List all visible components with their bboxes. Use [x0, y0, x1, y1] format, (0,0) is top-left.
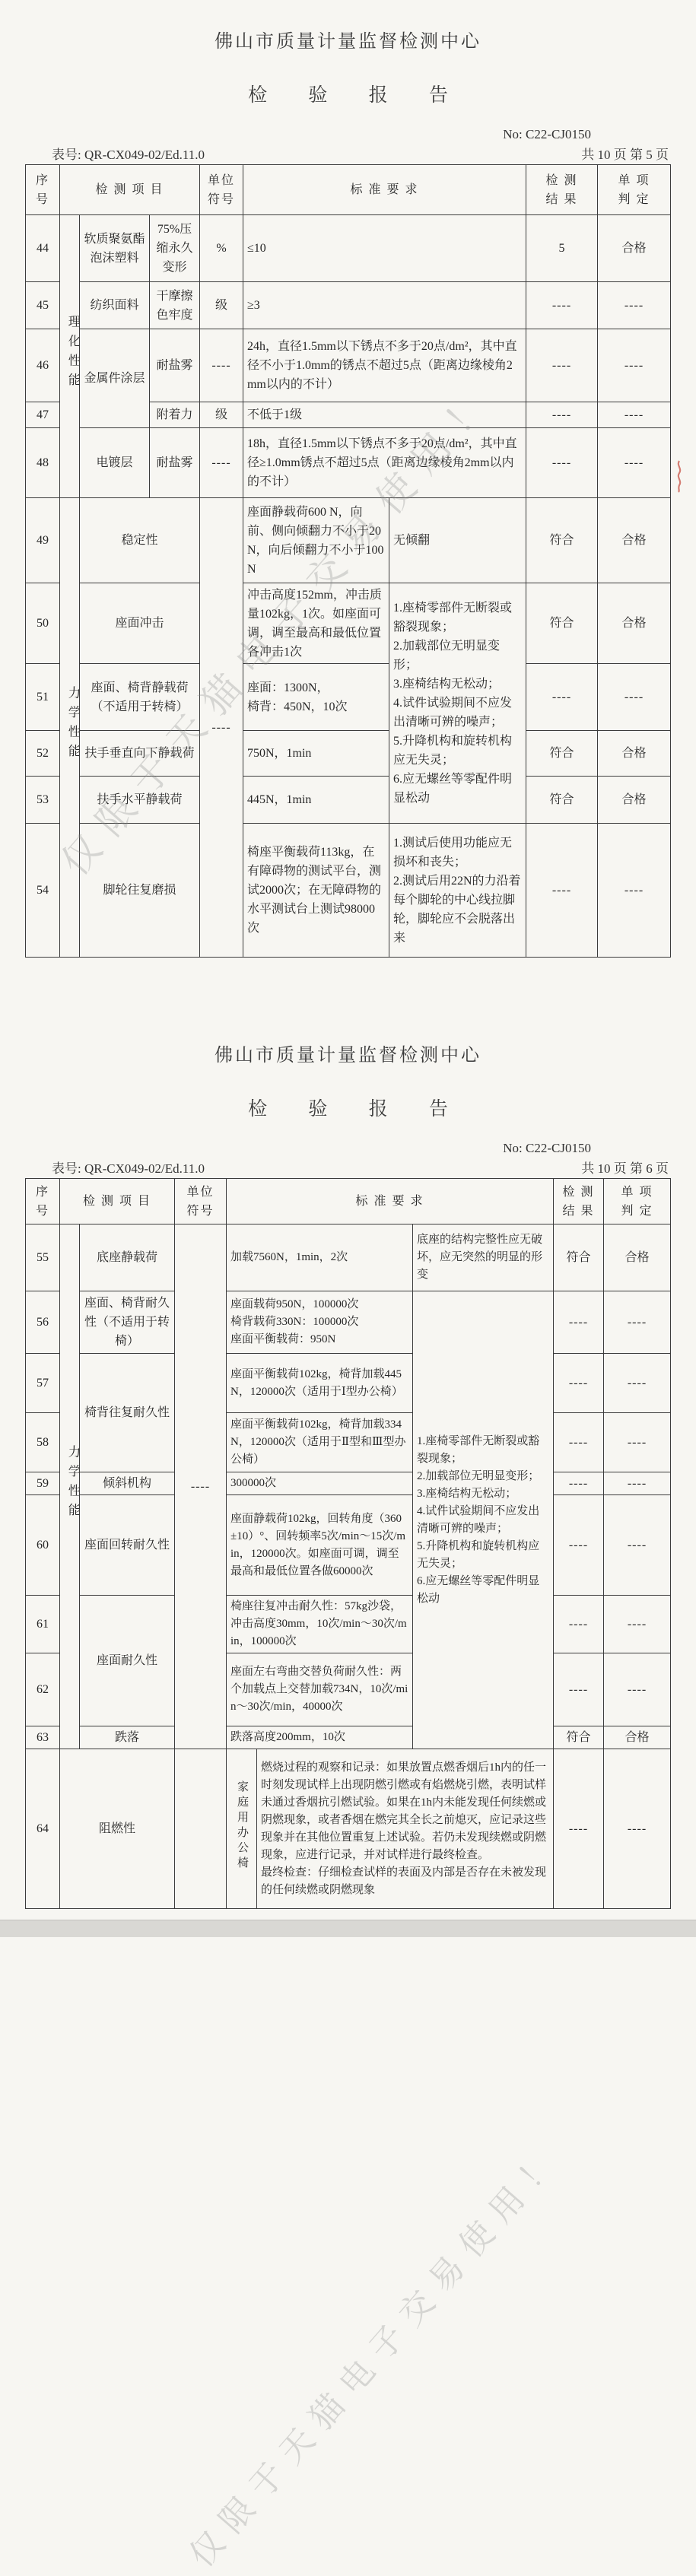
requirement-cell: 燃烧过程的观察和记录：如果放置点燃香烟后1h内的任一时刻发现试样上出现阴燃引燃或… [257, 1749, 554, 1909]
inspection-table-p5: 序 号 检 测 项 目 单位 符号 标 准 要 求 检 测 结 果 单 项 判 … [25, 164, 671, 958]
red-pen-mark [674, 459, 685, 493]
item-property: 耐盐雾 [149, 329, 199, 402]
verdict-cell: 合格 [604, 1726, 671, 1749]
result-cell: ---- [554, 1596, 604, 1653]
table-row: 59 倾斜机构 300000次 ---- ---- [25, 1472, 670, 1495]
item-label: 座面冲击 [79, 583, 199, 664]
result-cell: ---- [554, 1354, 604, 1413]
item-property: 75%压缩永久变形 [149, 215, 199, 282]
requirement-left: 椅座往复冲击耐久性：57kg沙袋，冲击高度30mm，10次/min～30次/mi… [227, 1596, 413, 1653]
verdict-cell: ---- [604, 1472, 671, 1495]
table-row: 61 座面耐久性 椅座往复冲击耐久性：57kg沙袋，冲击高度30mm，10次/m… [25, 1596, 670, 1653]
verdict-cell: ---- [604, 1749, 671, 1909]
unit-cell: % [199, 215, 243, 282]
verdict-cell: 合格 [598, 731, 671, 777]
requirement-cell: 24h，直径1.5mm以下锈点不多于20点/dm²，其中直径不小于1.0mm的锈… [243, 329, 526, 402]
meta-line: 表号: QR-CX049-02/Ed.11.0 共 10 页 第 6 页 [0, 1156, 696, 1178]
requirement-left: 座面平衡载荷102kg，椅背加载334N，120000次（适用于Ⅱ型和Ⅲ型办公椅… [227, 1413, 413, 1472]
table-row: 51 座面、椅背静载荷（不适用于转椅） 座面：1300N， 椅背：450N，10… [25, 664, 670, 731]
row-no: 61 [25, 1596, 59, 1653]
result-cell: ---- [554, 1749, 604, 1909]
unit-cell-merged: ---- [175, 1224, 227, 1749]
col-verdict: 单 项 判 定 [604, 1179, 671, 1224]
org-title: 佛山市质量计量监督检测中心 [0, 1040, 696, 1066]
table-row: 46 金属件涂层 耐盐雾 ---- 24h，直径1.5mm以下锈点不多于20点/… [25, 329, 670, 402]
row-no: 47 [25, 402, 59, 428]
verdict-cell: ---- [604, 1291, 671, 1354]
item-label: 扶手水平静载荷 [79, 777, 199, 824]
pagination-p5: 共 10 页 第 5 页 [581, 144, 669, 163]
table-row: 48 电镀层 耐盐雾 ---- 18h，直径1.5mm以下锈点不多于20点/dm… [25, 428, 670, 498]
table-row: 52 扶手垂直向下静载荷 750N，1min 符合 合格 [25, 731, 670, 777]
unit-cell: 级 [199, 282, 243, 329]
group-mechanical: 力学性能 [59, 1224, 79, 1749]
row-no: 64 [25, 1749, 59, 1909]
report-no: No: C22-CJ0150 [0, 1141, 696, 1156]
item-label: 座面、椅背耐久性（不适用于转椅） [79, 1291, 174, 1354]
result-cell: 符合 [526, 498, 598, 583]
col-result: 检 测 结 果 [554, 1179, 604, 1224]
table-row: 57 椅背往复耐久性 座面平衡载荷102kg，椅背加载445N，120000次（… [25, 1354, 670, 1413]
result-cell: ---- [554, 1653, 604, 1726]
requirement-left: 加载7560N，1min，2次 [227, 1224, 413, 1291]
form-no: 表号: QR-CX049-02/Ed.11.0 [52, 144, 205, 163]
verdict-cell: 合格 [598, 777, 671, 824]
item-label: 稳定性 [79, 498, 199, 583]
item-label: 倾斜机构 [79, 1472, 174, 1495]
col-seq: 序 号 [25, 1179, 59, 1224]
result-cell: ---- [554, 1495, 604, 1596]
row-no: 52 [25, 731, 59, 777]
report-title: 检 验 报 告 [0, 80, 696, 107]
item-label: 座面耐久性 [79, 1596, 174, 1726]
requirement-left: 座面：1300N， 椅背：450N，10次 [243, 664, 389, 731]
table-header-row: 序 号 检 测 项 目 单位 符号 标 准 要 求 检 测 结 果 单 项 判 … [25, 165, 670, 215]
col-item: 检 测 项 目 [59, 165, 199, 215]
table-row: 55 力学性能 底座静载荷 ---- 加载7560N，1min，2次 底座的结构… [25, 1224, 670, 1291]
row-no: 60 [25, 1495, 59, 1596]
meta-line: 表号: QR-CX049-02/Ed.11.0 共 10 页 第 5 页 [0, 142, 696, 164]
requirement-cell: ≥3 [243, 282, 526, 329]
item-label: 扶手垂直向下静载荷 [79, 731, 199, 777]
requirement-left: 跌落高度200mm，10次 [227, 1726, 413, 1749]
diagonal-watermark: 仅限于天猫电子交易使用！ [176, 2131, 572, 2576]
item-property: 附着力 [149, 402, 199, 428]
result-cell: ---- [526, 428, 598, 498]
item-label: 阻燃性 [59, 1749, 174, 1909]
table-row: 54 脚轮往复磨损 椅座平衡载荷113kg，在有障碍物的测试平台，测试2000次… [25, 824, 670, 958]
row-no: 56 [25, 1291, 59, 1354]
item-label: 脚轮往复磨损 [79, 824, 199, 958]
row-no: 46 [25, 329, 59, 402]
item-label: 座面回转耐久性 [79, 1495, 174, 1596]
result-cell: ---- [526, 329, 598, 402]
scan-bottom-strip [0, 1920, 696, 1937]
item-material: 电镀层 [79, 428, 149, 498]
result-cell: 5 [526, 215, 598, 282]
row-no: 58 [25, 1413, 59, 1472]
table-header-row: 序 号 检 测 项 目 单位 符号 标 准 要 求 检 测 结 果 单 项 判 … [25, 1179, 670, 1224]
row-no: 45 [25, 282, 59, 329]
row-no: 57 [25, 1354, 59, 1413]
verdict-cell: 合格 [598, 215, 671, 282]
verdict-cell: ---- [598, 428, 671, 498]
requirement-cell: 不低于1级 [243, 402, 526, 428]
requirement-left: 座面平衡载荷102kg，椅背加载445N，120000次（适用于Ⅰ型办公椅） [227, 1354, 413, 1413]
col-item: 检 测 项 目 [59, 1179, 174, 1224]
verdict-cell: ---- [604, 1413, 671, 1472]
requirement-right: 无倾翻 [389, 498, 526, 583]
row-no: 50 [25, 583, 59, 664]
result-cell: ---- [526, 824, 598, 958]
verdict-cell: ---- [604, 1596, 671, 1653]
report-title: 检 验 报 告 [0, 1094, 696, 1121]
requirement-criteria-list: 1.座椅零部件无断裂或豁裂现象； 2.加载部位无明显变形； 3.座椅结构无松动；… [389, 583, 526, 824]
unit-cell-merged: ---- [199, 498, 243, 958]
verdict-cell: ---- [598, 664, 671, 731]
unit-cell [175, 1749, 227, 1909]
table-row: 56 座面、椅背耐久性（不适用于转椅） 座面载荷950N，100000次 椅背载… [25, 1291, 670, 1354]
result-cell: ---- [554, 1413, 604, 1472]
verdict-cell: 合格 [598, 583, 671, 664]
item-label: 底座静载荷 [79, 1224, 174, 1291]
requirement-left: 座面静载荷102kg，回转角度（360±10）°、回转频率5次/min～15次/… [227, 1495, 413, 1596]
pagination-p6: 共 10 页 第 6 页 [581, 1158, 669, 1177]
row-no: 49 [25, 498, 59, 583]
requirement-left: 445N，1min [243, 777, 389, 824]
result-cell: ---- [526, 282, 598, 329]
verdict-cell: 合格 [598, 498, 671, 583]
result-cell: ---- [526, 402, 598, 428]
result-cell: ---- [554, 1472, 604, 1495]
row-no: 62 [25, 1653, 59, 1726]
requirement-right: 1.测试后使用功能应无损坏和丧失； 2.测试后用22N的力沿着每个脚轮的中心线拉… [389, 824, 526, 958]
inspection-table-p6: 序 号 检 测 项 目 单位 符号 标 准 要 求 检 测 结 果 单 项 判 … [25, 1178, 671, 1909]
verdict-cell: ---- [604, 1653, 671, 1726]
org-title: 佛山市质量计量监督检测中心 [0, 26, 696, 52]
table-row: 53 扶手水平静载荷 445N，1min 符合 合格 [25, 777, 670, 824]
row-no: 54 [25, 824, 59, 958]
col-verdict: 单 项 判 定 [598, 165, 671, 215]
report-no: No: C22-CJ0150 [0, 127, 696, 142]
col-standard: 标 准 要 求 [227, 1179, 554, 1224]
col-seq: 序 号 [25, 165, 59, 215]
item-material: 纺织面料 [79, 282, 149, 329]
requirement-left: 750N，1min [243, 731, 389, 777]
verdict-cell: ---- [598, 282, 671, 329]
requirement-left: 座面载荷950N，100000次 椅背载荷330N：100000次 座面平衡载荷… [227, 1291, 413, 1354]
verdict-cell: 合格 [604, 1224, 671, 1291]
requirement-cell: 18h，直径1.5mm以下锈点不多于20点/dm²，其中直径≥1.0mm锈点不超… [243, 428, 526, 498]
report-page-6: 佛山市质量计量监督检测中心 检 验 报 告 No: C22-CJ0150 表号:… [0, 958, 696, 1909]
col-standard: 标 准 要 求 [243, 165, 526, 215]
result-cell: ---- [554, 1291, 604, 1354]
requirement-left: 椅座平衡载荷113kg，在有障碍物的测试平台，测试2000次；在无障碍物的水平测… [243, 824, 389, 958]
verdict-cell: ---- [598, 329, 671, 402]
result-cell: ---- [526, 664, 598, 731]
table-row: 49 力学性能 稳定性 ---- 座面静载荷600 N，向前、侧向倾翻力不小于2… [25, 498, 670, 583]
unit-cell: 级 [199, 402, 243, 428]
row-no: 55 [25, 1224, 59, 1291]
item-label: 座面、椅背静载荷（不适用于转椅） [79, 664, 199, 731]
table-row: 60 座面回转耐久性 座面静载荷102kg，回转角度（360±10）°、回转频率… [25, 1495, 670, 1596]
item-label: 椅背往复耐久性 [79, 1354, 174, 1472]
item-property: 耐盐雾 [149, 428, 199, 498]
row-no: 53 [25, 777, 59, 824]
item-material: 软质聚氨酯泡沫塑料 [79, 215, 149, 282]
requirement-criteria-list: 1.座椅零部件无断裂或豁裂现象； 2.加载部位无明显变形； 3.座椅结构无松动；… [413, 1291, 554, 1749]
verdict-cell: ---- [604, 1495, 671, 1596]
result-cell: 符合 [526, 583, 598, 664]
table-row: 63 跌落 跌落高度200mm，10次 符合 合格 [25, 1726, 670, 1749]
form-no: 表号: QR-CX049-02/Ed.11.0 [52, 1158, 205, 1177]
group-mechanical: 力学性能 [59, 498, 79, 958]
row-no: 44 [25, 215, 59, 282]
report-page-5: 佛山市质量计量监督检测中心 检 验 报 告 No: C22-CJ0150 表号:… [0, 0, 696, 958]
col-unit: 单位 符号 [199, 165, 243, 215]
row-no: 63 [25, 1726, 59, 1749]
unit-cell: ---- [199, 329, 243, 402]
item-material: 金属件涂层 [79, 329, 149, 428]
col-unit: 单位 符号 [175, 1179, 227, 1224]
requirement-right: 底座的结构完整性应无破坏，应无突然的明显的形变 [413, 1224, 554, 1291]
row-no: 59 [25, 1472, 59, 1495]
verdict-cell: ---- [604, 1354, 671, 1413]
row-no: 48 [25, 428, 59, 498]
col-result: 检 测 结 果 [526, 165, 598, 215]
requirement-left: 座面静载荷600 N，向前、侧向倾翻力不小于20 N，向后倾翻力不小于100 N [243, 498, 389, 583]
verdict-cell: ---- [598, 402, 671, 428]
result-cell: 符合 [526, 731, 598, 777]
requirement-cell: ≤10 [243, 215, 526, 282]
requirement-left: 座面左右弯曲交替负荷耐久性：两个加载点上交替加载734N，10次/min～30次… [227, 1653, 413, 1726]
requirement-left: 冲击高度152mm，冲击质量102kg，1次。如座面可调，调至最高和最低位置各冲… [243, 583, 389, 664]
group-physical-chemical: 理化性能 [59, 215, 79, 498]
item-property: 干摩擦色牢度 [149, 282, 199, 329]
requirement-left: 300000次 [227, 1472, 413, 1495]
table-row: 50 座面冲击 冲击高度152mm，冲击质量102kg，1次。如座面可调，调至最… [25, 583, 670, 664]
chair-type-sublabel: 家庭用办公椅 [227, 1749, 257, 1909]
table-row: 44 理化性能 软质聚氨酯泡沫塑料 75%压缩永久变形 % ≤10 5 合格 [25, 215, 670, 282]
result-cell: 符合 [554, 1726, 604, 1749]
unit-cell: ---- [199, 428, 243, 498]
verdict-cell: ---- [598, 824, 671, 958]
row-no: 51 [25, 664, 59, 731]
result-cell: 符合 [554, 1224, 604, 1291]
table-row: 64 阻燃性 家庭用办公椅 燃烧过程的观察和记录：如果放置点燃香烟后1h内的任一… [25, 1749, 670, 1909]
item-label: 跌落 [79, 1726, 174, 1749]
result-cell: 符合 [526, 777, 598, 824]
table-row: 45 纺织面料 干摩擦色牢度 级 ≥3 ---- ---- [25, 282, 670, 329]
